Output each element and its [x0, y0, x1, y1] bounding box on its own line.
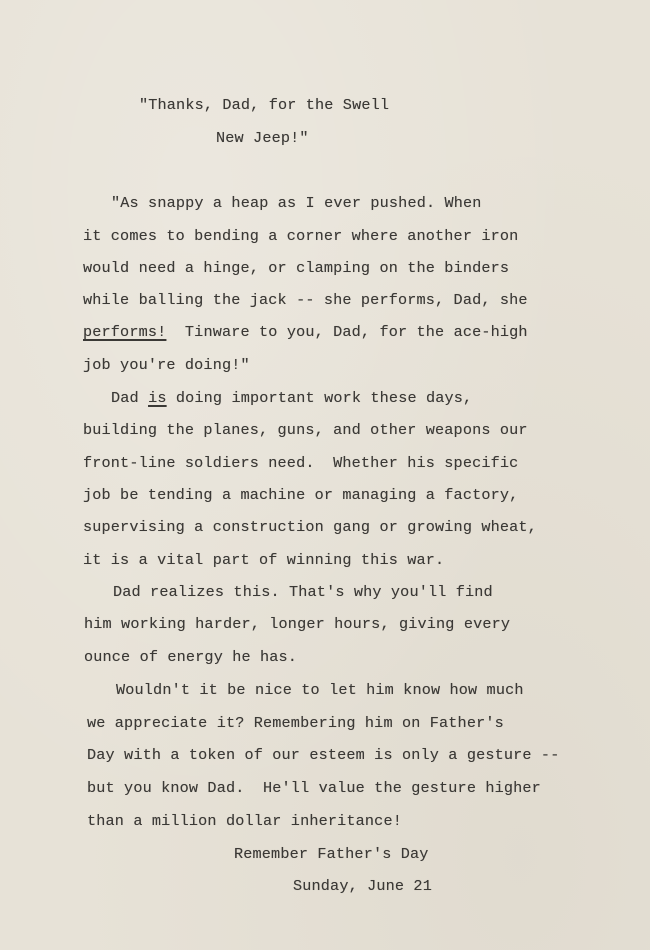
paragraph-1-line-2: it comes to bending a corner where anoth… [83, 226, 518, 246]
paragraph-2-line-1-pre: Dad [111, 389, 148, 407]
closing-line-2: Sunday, June 21 [293, 876, 432, 896]
paragraph-2-line-5: supervising a construction gang or growi… [83, 517, 537, 537]
underlined-performs: performs! [83, 323, 166, 341]
paragraph-3-line-1: Dad realizes this. That's why you'll fin… [113, 582, 493, 602]
paragraph-4-line-1: Wouldn't it be nice to let him know how … [116, 680, 524, 700]
paragraph-1-line-3: would need a hinge, or clamping on the b… [83, 258, 509, 278]
paragraph-4-line-3: Day with a token of our esteem is only a… [87, 745, 559, 765]
paragraph-1-line-4: while balling the jack -- she performs, … [83, 290, 528, 310]
paragraph-1-line-1: "As snappy a heap as I ever pushed. When [111, 193, 482, 213]
paragraph-2-line-6: it is a vital part of winning this war. [83, 550, 444, 570]
paragraph-4-line-4: but you know Dad. He'll value the gestur… [87, 778, 541, 798]
paragraph-1-line-5: performs! Tinware to you, Dad, for the a… [83, 322, 528, 342]
paragraph-2-line-3: front-line soldiers need. Whether his sp… [83, 453, 518, 473]
paragraph-2-line-2: building the planes, guns, and other wea… [83, 420, 528, 440]
paragraph-2-line-1-post: doing important work these days, [167, 389, 473, 407]
paragraph-2-line-4: job be tending a machine or managing a f… [83, 485, 518, 505]
title-line-2: New Jeep!" [216, 128, 309, 148]
paragraph-1-line-6: job you're doing!" [83, 355, 250, 375]
title-line-1: "Thanks, Dad, for the Swell [139, 95, 389, 115]
paragraph-1-line-5-rest: Tinware to you, Dad, for the ace-high [166, 323, 527, 341]
underlined-is: is [148, 389, 167, 407]
paragraph-2-line-1: Dad is doing important work these days, [111, 388, 472, 408]
paragraph-4-line-2: we appreciate it? Remembering him on Fat… [87, 713, 504, 733]
paragraph-3-line-2: him working harder, longer hours, giving… [84, 614, 510, 634]
closing-line-1: Remember Father's Day [234, 844, 429, 864]
paragraph-4-line-5: than a million dollar inheritance! [87, 811, 402, 831]
typewritten-page: "Thanks, Dad, for the Swell New Jeep!" "… [0, 0, 650, 950]
paragraph-3-line-3: ounce of energy he has. [84, 647, 297, 667]
